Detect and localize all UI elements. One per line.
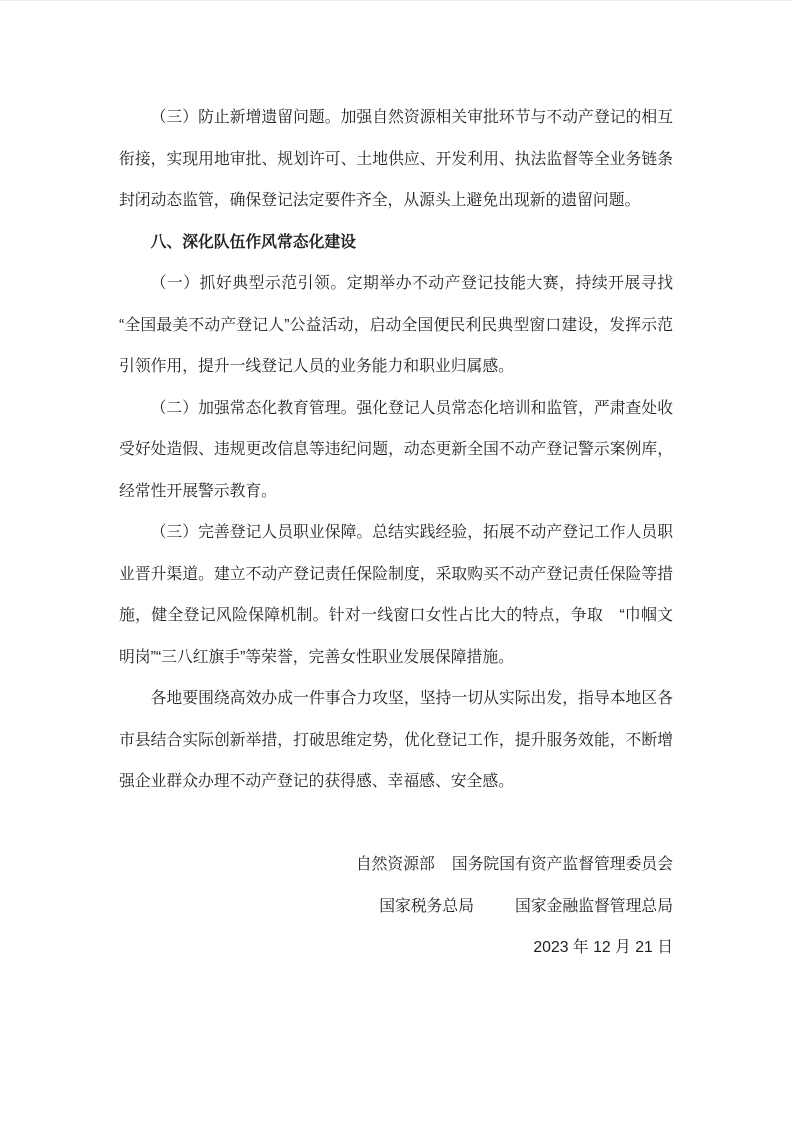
signature-block: 自然资源部 国务院国有资产监督管理委员会 国家税务总局 国家金融监督管理总局 2…	[119, 844, 673, 969]
paragraph-career-protection: （三）完善登记人员职业保障。总结实践经验，拓展不动产登记工作人员职业晋升渠道。建…	[119, 512, 673, 678]
paragraph-exemplary-leadership: （一）抓好典型示范引领。定期举办不动产登记技能大赛，持续开展寻找“全国最美不动产…	[119, 263, 673, 388]
document-page: （三）防止新增遗留问题。加强自然资源相关审批环节与不动产登记的相互衔接，实现用地…	[0, 0, 793, 1122]
paragraph-closing: 各地要围绕高效办成一件事合力攻坚，坚持一切从实际出发，指导本地区各市县结合实际创…	[119, 678, 673, 803]
signature-agency-mnr: 自然资源部	[356, 844, 435, 886]
signature-date: 2023 年 12 月 21 日	[119, 927, 673, 969]
signature-agency-sasac: 国务院国有资产监督管理委员会	[452, 844, 673, 886]
document-body: （三）防止新增遗留问题。加强自然资源相关审批环节与不动产登记的相互衔接，实现用地…	[119, 97, 673, 969]
signature-row-2: 国家税务总局 国家金融监督管理总局	[119, 886, 673, 928]
signature-agency-taxation: 国家税务总局	[379, 886, 474, 928]
section-heading-team-conduct: 八、深化队伍作风常态化建设	[119, 222, 673, 264]
paragraph-education-management: （二）加强常态化教育管理。强化登记人员常态化培训和监管，严肃查处收受好处造假、违…	[119, 388, 673, 513]
signature-agency-financial-regulation: 国家金融监督管理总局	[515, 886, 673, 928]
paragraph-prevent-new-legacy-issues: （三）防止新增遗留问题。加强自然资源相关审批环节与不动产登记的相互衔接，实现用地…	[119, 97, 673, 222]
signature-row-1: 自然资源部 国务院国有资产监督管理委员会	[119, 844, 673, 886]
